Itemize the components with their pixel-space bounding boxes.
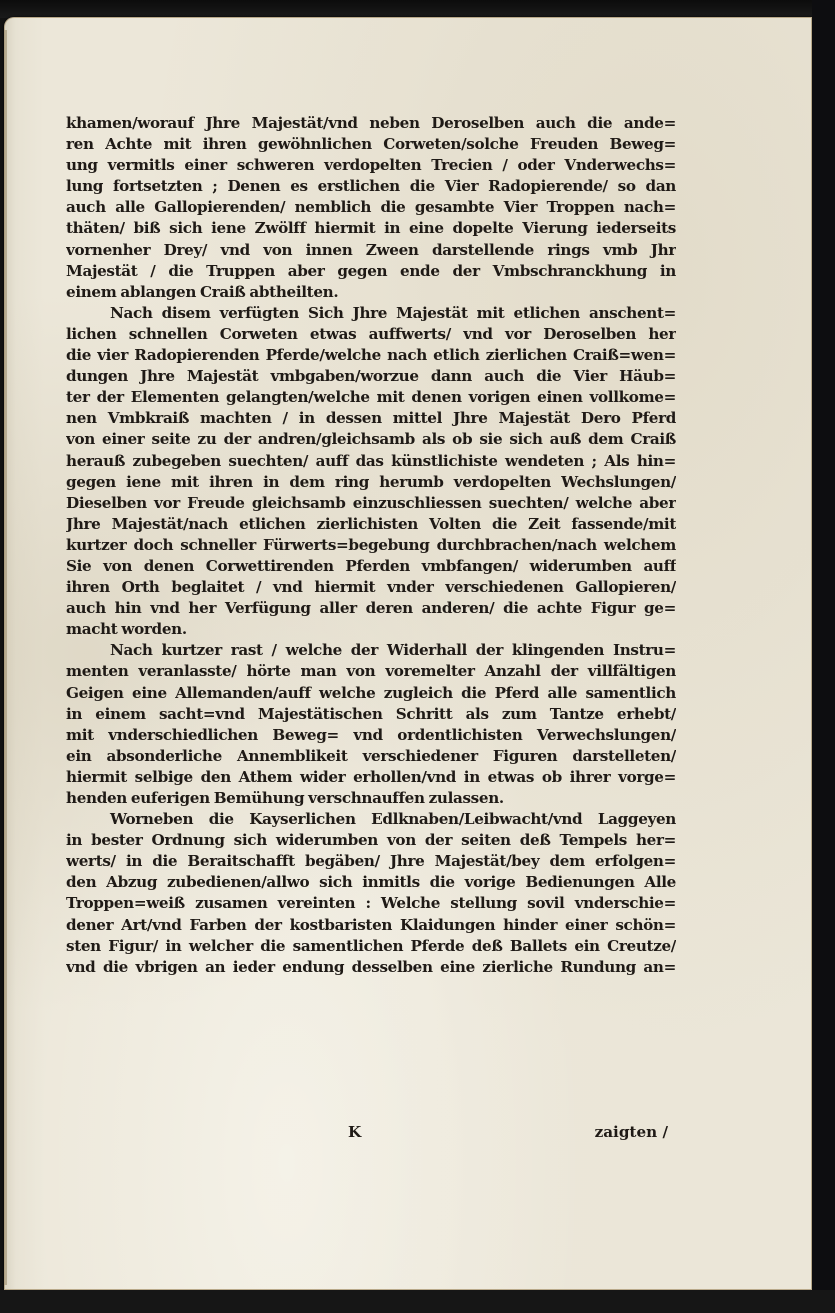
text-line: auch alle Gallopierenden/ nemblich die g… [66,197,676,218]
text-line: Sie von denen Corwettirenden Pferden vmb… [66,556,676,577]
text-line: ren Achte mit ihren gewöhnlichen Corwete… [66,134,676,155]
text-line: macht worden. [66,619,676,640]
text-line: auch hin vnd her Verfügung aller deren a… [66,598,676,619]
text-line: dungen Jhre Majestät vmbgaben/worzue dan… [66,366,676,387]
text-line: werts/ in die Beraitschafft begäben/ Jhr… [66,851,676,872]
paragraph: Nach kurtzer rast / welche der Widerhall… [66,640,676,809]
text-line: khamen/worauf Jhre Majestät/vnd neben De… [66,113,676,134]
scanned-page-view: khamen/worauf Jhre Majestät/vnd neben De… [0,0,835,1313]
text-line: henden euferigen Bemühung verschnauffen … [66,788,676,809]
paragraph: khamen/worauf Jhre Majestät/vnd neben De… [66,113,676,303]
text-line: Troppen=weiß zusamen vereinten : Welche … [66,893,676,914]
text-line: die vier Radopierenden Pferde/welche nac… [66,345,676,366]
text-line: von einer seite zu der andren/gleichsamb… [66,429,676,450]
text-line: thäten/ biß sich iene Zwölff hiermit in … [66,218,676,239]
body-text: khamen/worauf Jhre Majestät/vnd neben De… [66,113,676,978]
text-line: Geigen eine Allemanden/auff welche zugle… [66,683,676,704]
scan-bottom-border [0,1290,835,1313]
text-line: Dieselben vor Freude gleichsamb einzusch… [66,493,676,514]
text-line: in bester Ordnung sich widerumben von de… [66,830,676,851]
text-line: nen Vmbkraiß machten / in dessen mittel … [66,408,676,429]
text-line: in einem sacht=vnd Majestätischen Schrit… [66,704,676,725]
text-line: Nach disem verfügten Sich Jhre Majestät … [66,303,676,324]
paragraph: Nach disem verfügten Sich Jhre Majestät … [66,303,676,641]
text-line: vnd die vbrigen an ieder endung desselbe… [66,957,676,978]
text-line: vornenher Drey/ vnd von innen Zween dars… [66,240,676,261]
text-line: ter der Elementen gelangten/welche mit d… [66,387,676,408]
text-line: sten Figur/ in welcher die samentlichen … [66,936,676,957]
text-line: Worneben die Kayserlichen Edlknaben/Leib… [66,809,676,830]
text-line: hiermit selbige den Athem wider erhollen… [66,767,676,788]
text-line: Nach kurtzer rast / welche der Widerhall… [66,640,676,661]
signature-mark: K [348,1123,361,1141]
text-line: dener Art/vnd Farben der kostbaristen Kl… [66,915,676,936]
page-footer: K zaigten / [66,1123,676,1147]
text-line: ung vermitls einer schweren verdopelten … [66,155,676,176]
text-line: mit vnderschiedlichen Beweg= vnd ordentl… [66,725,676,746]
text-line: lichen schnellen Corweten etwas auffwert… [66,324,676,345]
text-line: menten veranlasste/ hörte man von voreme… [66,661,676,682]
text-line: Majestät / die Truppen aber gegen ende d… [66,261,676,282]
scan-right-border [812,0,835,1313]
scan-top-border [0,0,835,18]
text-line: lung fortsetzten ; Denen es erstlichen d… [66,176,676,197]
text-line: den Abzug zubedienen/allwo sich inmitls … [66,872,676,893]
text-line: Jhre Majestät/nach etlichen zierlichiste… [66,514,676,535]
text-line: gegen iene mit ihren in dem ring herumb … [66,472,676,493]
paragraph: Worneben die Kayserlichen Edlknaben/Leib… [66,809,676,978]
text-line: herauß zubegeben suechten/ auff das küns… [66,451,676,472]
text-line: ein absonderliche Annemblikeit verschied… [66,746,676,767]
text-line: ihren Orth beglaitet / vnd hiermit vnder… [66,577,676,598]
page-gutter-edge [4,30,7,1285]
text-line: kurtzer doch schneller Fürwerts=begebung… [66,535,676,556]
text-line: einem ablangen Craiß abtheilten. [66,282,676,303]
catchword: zaigten / [595,1123,668,1141]
